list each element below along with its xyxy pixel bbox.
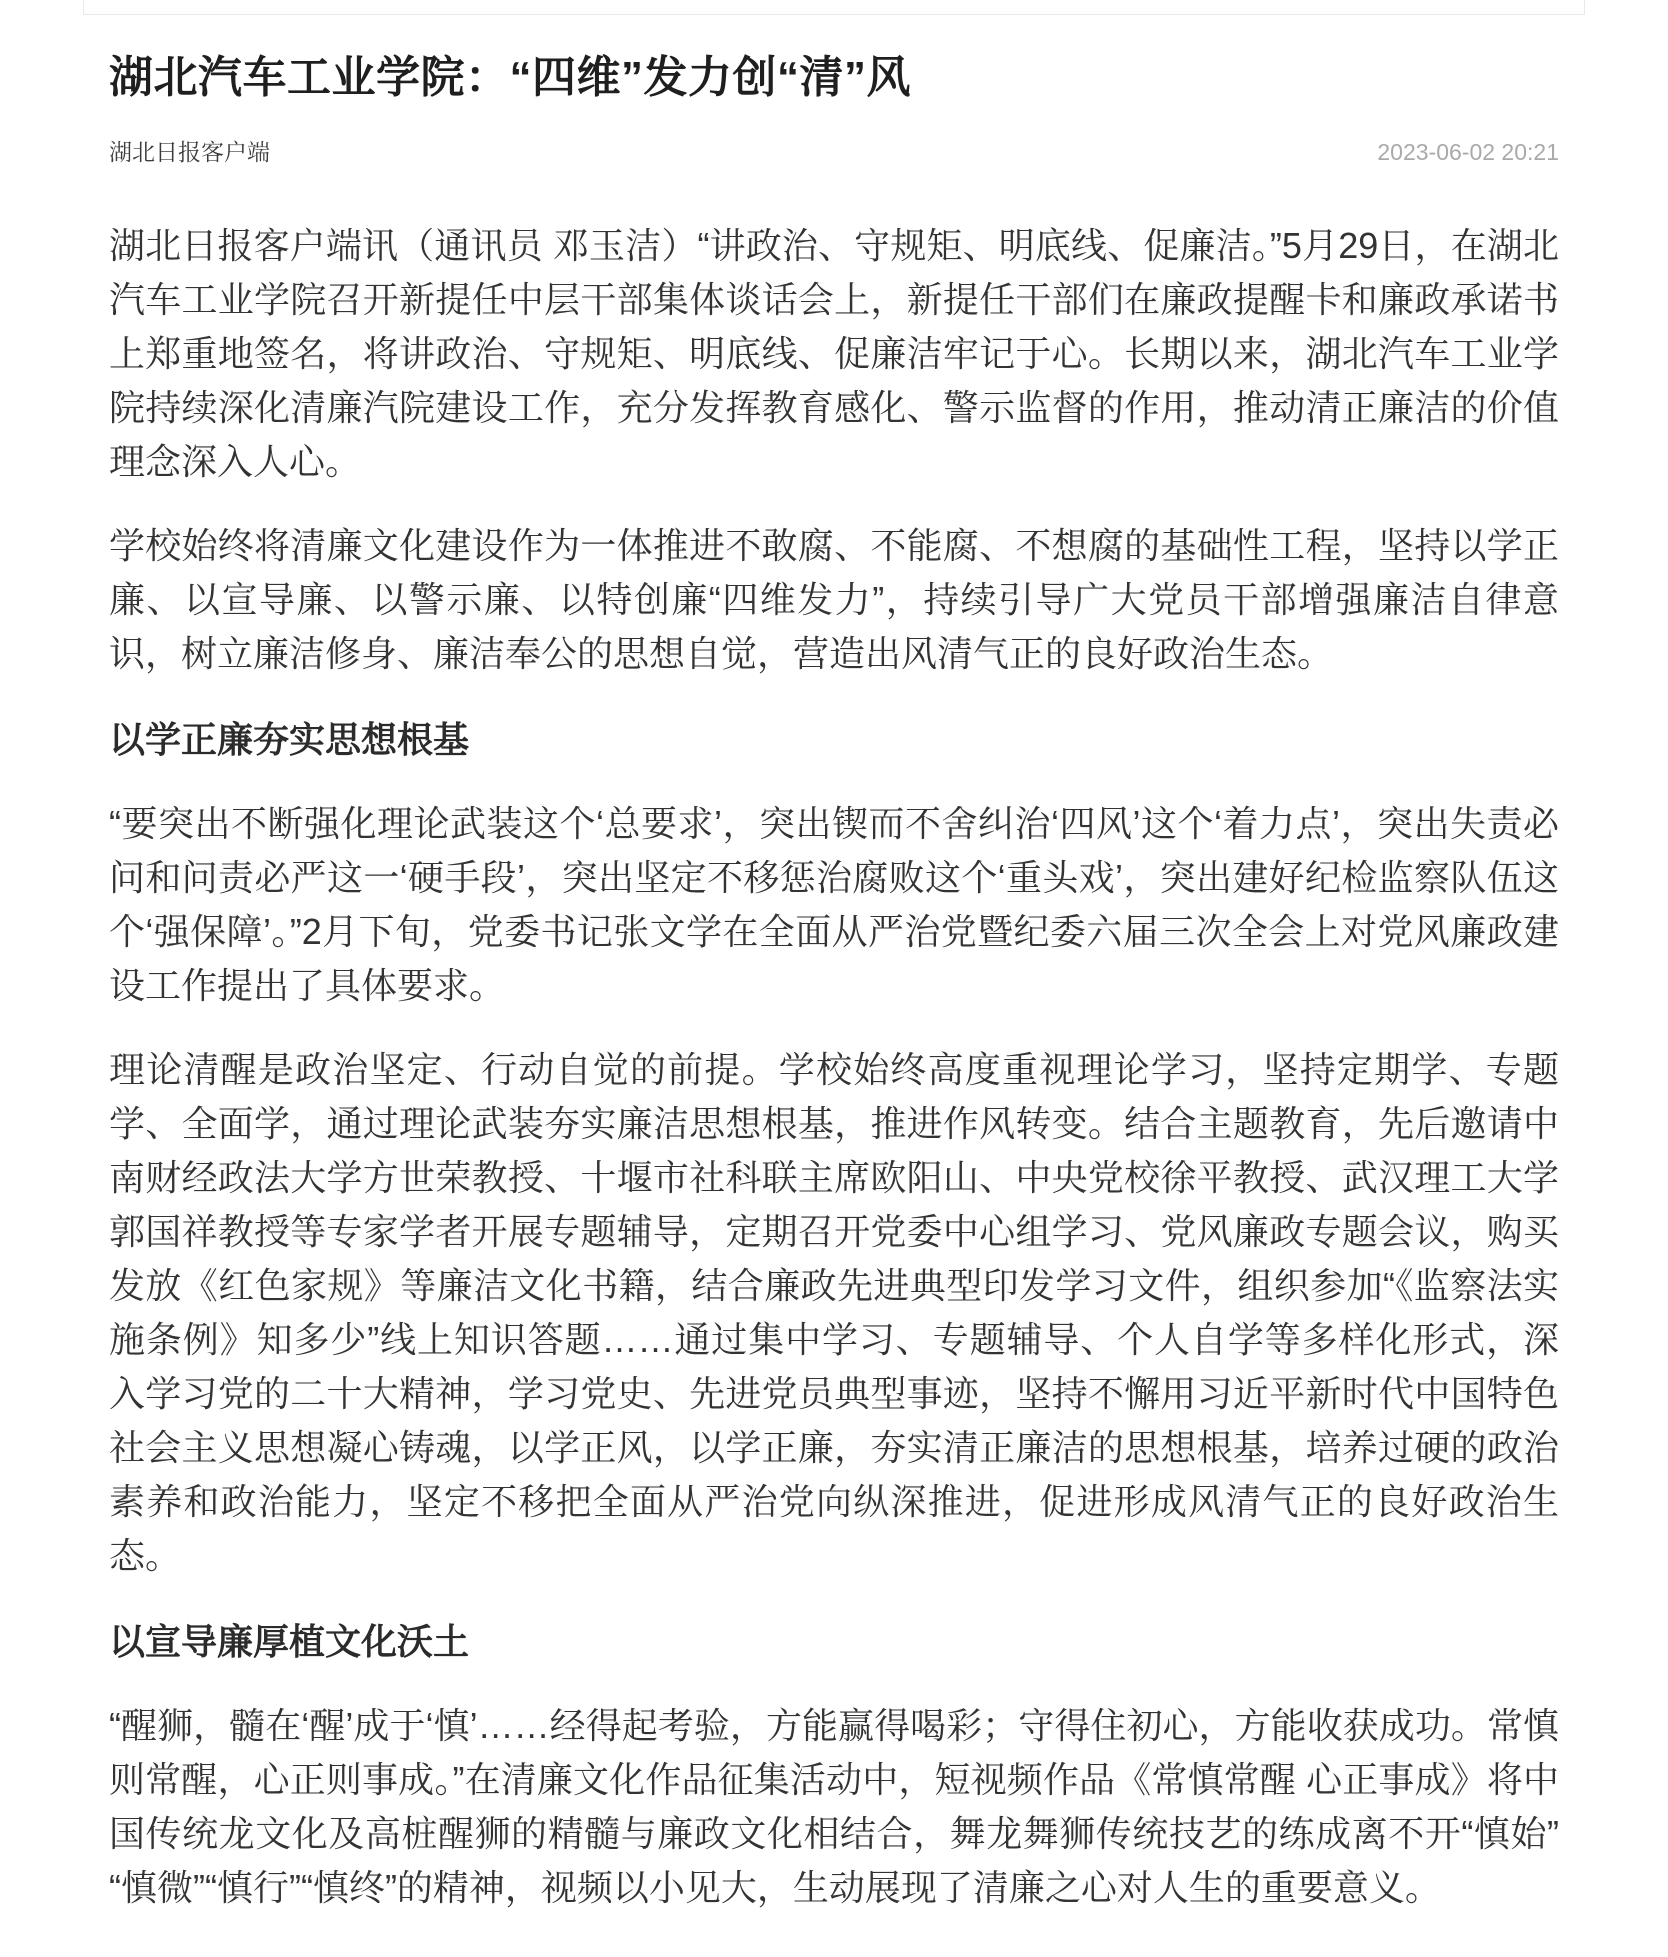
article-paragraph: “醒狮，髓在‘醒’成于‘慎’……经得起考验，方能赢得喝彩；守得住初心，方能收获成… [109,1699,1559,1915]
article-meta: 湖北日报客户端 2023-06-02 20:21 [109,134,1559,167]
section-heading: 以学正廉夯实思想根基 [109,713,1559,767]
section-heading: 以宣导廉厚植文化沃土 [109,1615,1559,1669]
article-paragraph: 理论清醒是政治坚定、行动自觉的前提。学校始终高度重视理论学习，坚持定期学、专题学… [109,1043,1559,1583]
article-paragraph: 湖北日报客户端讯（通讯员 邓玉洁）“讲政治、守规矩、明底线、促廉洁。”5月29日… [109,219,1559,489]
article-body: 湖北日报客户端讯（通讯员 邓玉洁）“讲政治、守规矩、明底线、促廉洁。”5月29日… [109,219,1559,1915]
article-container: 湖北汽车工业学院：“四维”发力创“清”风 湖北日报客户端 2023-06-02 … [83,49,1585,1915]
article-title: 湖北汽车工业学院：“四维”发力创“清”风 [109,49,1559,107]
source-label: 湖北日报客户端 [109,134,270,167]
article-card: 湖北汽车工业学院：“四维”发力创“清”风 湖北日报客户端 2023-06-02 … [83,0,1585,1915]
article-paragraph: 学校始终将清廉文化建设作为一体推进不敢腐、不能腐、不想腐的基础性工程，坚持以学正… [109,519,1559,681]
publish-timestamp: 2023-06-02 20:21 [1377,139,1559,166]
top-card-edge [83,0,1585,15]
article-paragraph: “要突出不断强化理论武装这个‘总要求’，突出锲而不舍纠治‘四风’这个‘着力点’，… [109,797,1559,1013]
